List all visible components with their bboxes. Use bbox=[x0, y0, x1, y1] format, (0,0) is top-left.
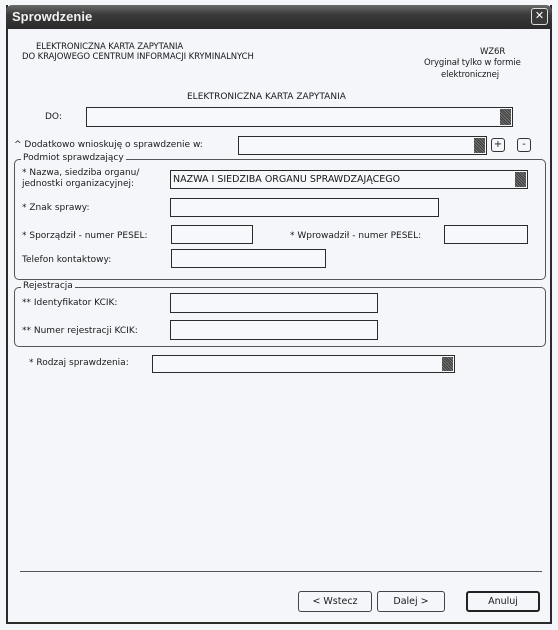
podmiot-legend: Podmiot sprawdzający bbox=[21, 153, 126, 163]
numer-rejestracji-label: ** Numer rejestracji KCIK: bbox=[22, 326, 138, 336]
wprowadzil-pesel-input[interactable] bbox=[444, 225, 528, 244]
form-title: ELEKTRONICZNA KARTA ZAPYTANIA bbox=[187, 92, 346, 102]
identyfikator-label: ** Identyfikator KCIK: bbox=[22, 298, 117, 308]
title-bar[interactable]: Sprowdzenie ✕ bbox=[6, 5, 552, 29]
form-code: WZ6R bbox=[480, 47, 505, 57]
add-button[interactable]: + bbox=[491, 138, 505, 152]
chevron-down-icon[interactable] bbox=[515, 172, 526, 187]
cancel-button[interactable]: Anuluj bbox=[466, 591, 540, 612]
numer-rejestracji-kcik-input[interactable] bbox=[170, 320, 378, 340]
footer-separator bbox=[20, 571, 542, 572]
back-button[interactable]: < Wstecz bbox=[298, 591, 372, 612]
sporzadzil-label: * Sporządził - numer PESEL: bbox=[22, 231, 148, 241]
sporzadzil-pesel-input[interactable] bbox=[171, 225, 253, 244]
identyfikator-kcik-input[interactable] bbox=[170, 293, 378, 313]
window-title: Sprowdzenie bbox=[12, 9, 92, 24]
next-button[interactable]: Dalej > bbox=[377, 591, 445, 612]
header-left-line2: DO KRAJOWEGO CENTRUM INFORMACJI KRYMINAL… bbox=[22, 52, 254, 62]
rodzaj-sprawdzenia-combobox[interactable] bbox=[152, 355, 455, 373]
dodatkowo-combobox[interactable] bbox=[238, 136, 487, 155]
nazwa-value: NAZWA I SIEDZIBA ORGANU SPRAWDZAJĄCEGO bbox=[173, 174, 400, 185]
header-left-line1: ELEKTRONICZNA KARTA ZAPYTANIA bbox=[36, 42, 183, 52]
rodzaj-label: * Rodzaj sprawdzenia: bbox=[29, 358, 129, 368]
chevron-down-icon[interactable] bbox=[474, 138, 485, 153]
telefon-label: Telefon kontaktowy: bbox=[22, 255, 111, 265]
rejestracja-legend: Rejestracja bbox=[21, 281, 75, 291]
nazwa-combobox[interactable]: NAZWA I SIEDZIBA ORGANU SPRAWDZAJĄCEGO bbox=[170, 170, 528, 189]
wprowadzil-label: * Wprowadził - numer PESEL: bbox=[290, 231, 421, 241]
do-combobox[interactable] bbox=[86, 107, 513, 127]
telefon-input[interactable] bbox=[171, 249, 326, 268]
znak-label: * Znak sprawy: bbox=[22, 203, 90, 213]
remove-button[interactable]: - bbox=[517, 138, 531, 152]
do-label: DO: bbox=[45, 112, 62, 122]
close-icon[interactable]: ✕ bbox=[531, 8, 548, 25]
nazwa-label-line1: * Nazwa, siedziba organu/ bbox=[22, 168, 139, 178]
nazwa-label-line2: jednostki organizacyjnej: bbox=[22, 179, 134, 189]
original-note-line2: elektronicznej bbox=[441, 70, 499, 80]
original-note-line1: Oryginał tylko w formie bbox=[424, 58, 521, 68]
dodatkowo-label: ^ Dodatkowo wnioskuję o sprawdzenie w: bbox=[14, 140, 203, 150]
chevron-down-icon[interactable] bbox=[442, 357, 453, 371]
znak-sprawy-input[interactable] bbox=[170, 198, 439, 217]
chevron-down-icon[interactable] bbox=[500, 109, 511, 125]
